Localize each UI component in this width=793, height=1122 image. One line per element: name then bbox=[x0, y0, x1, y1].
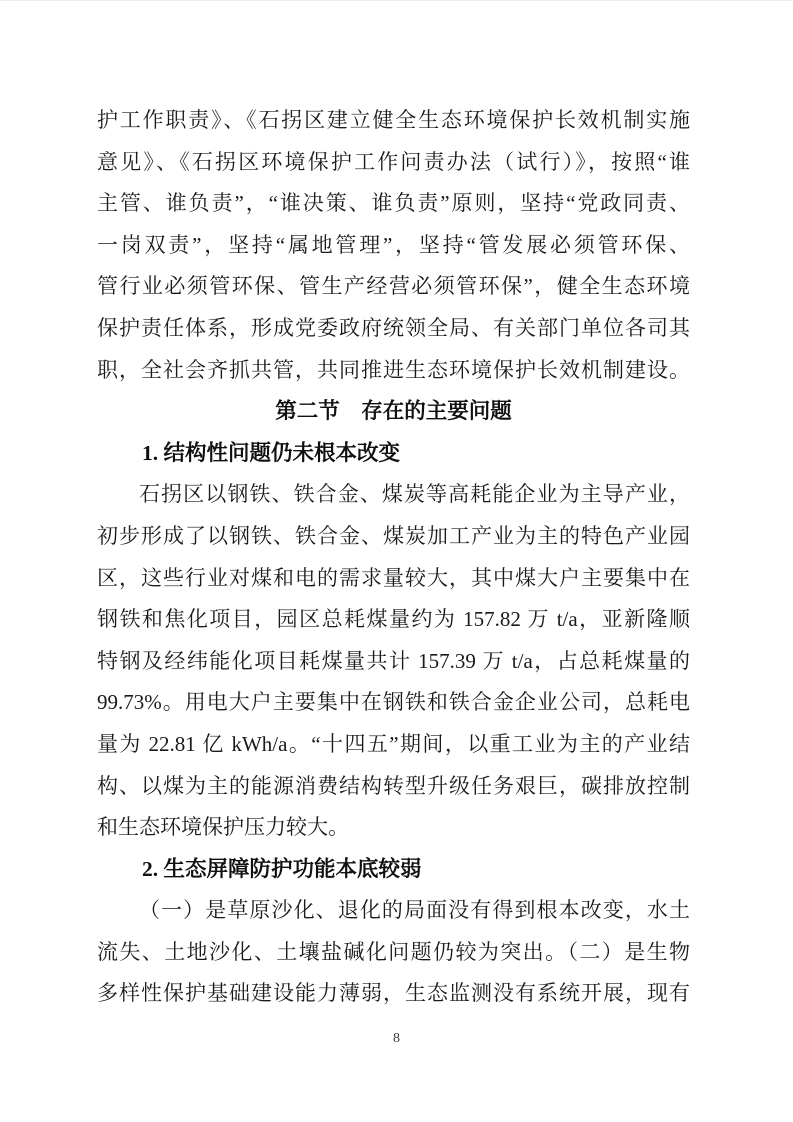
text-line: 流失、土地沙化、土壤盐碱化问题仍较为突出。（二）是生物 bbox=[97, 932, 690, 974]
paragraph-structural: 石拐区以钢铁、铁合金、煤炭等高耗能企业为主导产业，初步形成了以钢铁、铁合金、煤炭… bbox=[97, 474, 690, 848]
text-line: 一岗双责”，坚持“属地管理”，坚持“管发展必须管环保、 bbox=[97, 225, 690, 267]
section-heading: 第二节 存在的主要问题 bbox=[97, 391, 690, 433]
subheading-structural: 1. 结构性问题仍未根本改变 bbox=[97, 433, 690, 475]
text-line: 构、以煤为主的能源消费结构转型升级任务艰巨，碳排放控制 bbox=[97, 766, 690, 808]
text-line: 管行业必须管环保、管生产经营必须管环保”，健全生态环境 bbox=[97, 266, 690, 308]
text-line: 钢铁和焦化项目，园区总耗煤量约为 157.82 万 t/a，亚新隆顺 bbox=[97, 599, 690, 641]
text-line: 职，全社会齐抓共管，共同推进生态环境保护长效机制建设。 bbox=[97, 350, 690, 392]
document-page: 护工作职责》、《石拐区建立健全生态环境保护长效机制实施意见》、《石拐区环境保护工… bbox=[0, 0, 793, 1122]
text-line: 保护责任体系，形成党委政府统领全局、有关部门单位各司其 bbox=[97, 308, 690, 350]
text-line: 和生态环境保护压力较大。 bbox=[97, 807, 690, 849]
document-content: 护工作职责》、《石拐区建立健全生态环境保护长效机制实施意见》、《石拐区环境保护工… bbox=[97, 100, 690, 1015]
text-line: 石拐区以钢铁、铁合金、煤炭等高耗能企业为主导产业， bbox=[97, 474, 690, 516]
text-line: 初步形成了以钢铁、铁合金、煤炭加工产业为主的特色产业园 bbox=[97, 516, 690, 558]
text-line: 主管、谁负责”，“谁决策、谁负责”原则，坚持“党政同责、 bbox=[97, 183, 690, 225]
paragraph-ecological: （一）是草原沙化、退化的局面没有得到根本改变，水土流失、土地沙化、土壤盐碱化问题… bbox=[97, 890, 690, 1015]
text-line: 2. 生态屏障防护功能本底较弱 bbox=[97, 849, 690, 891]
text-line: （一）是草原沙化、退化的局面没有得到根本改变，水土 bbox=[97, 890, 690, 932]
text-line: 多样性保护基础建设能力薄弱，生态监测没有系统开展，现有 bbox=[97, 973, 690, 1015]
page-number: 8 bbox=[0, 1029, 793, 1049]
text-line: 特钢及经纬能化项目耗煤量共计 157.39 万 t/a，占总耗煤量的 bbox=[97, 641, 690, 683]
text-line: 区，这些行业对煤和电的需求量较大，其中煤大户主要集中在 bbox=[97, 558, 690, 600]
text-line: 99.73%。用电大户主要集中在钢铁和铁合金企业公司，总耗电 bbox=[97, 682, 690, 724]
paragraph-accountability: 护工作职责》、《石拐区建立健全生态环境保护长效机制实施意见》、《石拐区环境保护工… bbox=[97, 100, 690, 391]
text-line: 量为 22.81 亿 kWh/a。“十四五”期间，以重工业为主的产业结 bbox=[97, 724, 690, 766]
text-line: 意见》、《石拐区环境保护工作问责办法（试行）》，按照“谁 bbox=[97, 142, 690, 184]
subheading-ecological: 2. 生态屏障防护功能本底较弱 bbox=[97, 849, 690, 891]
text-line: 1. 结构性问题仍未根本改变 bbox=[97, 433, 690, 475]
text-line: 第二节 存在的主要问题 bbox=[97, 391, 690, 433]
text-line: 护工作职责》、《石拐区建立健全生态环境保护长效机制实施 bbox=[97, 100, 690, 142]
